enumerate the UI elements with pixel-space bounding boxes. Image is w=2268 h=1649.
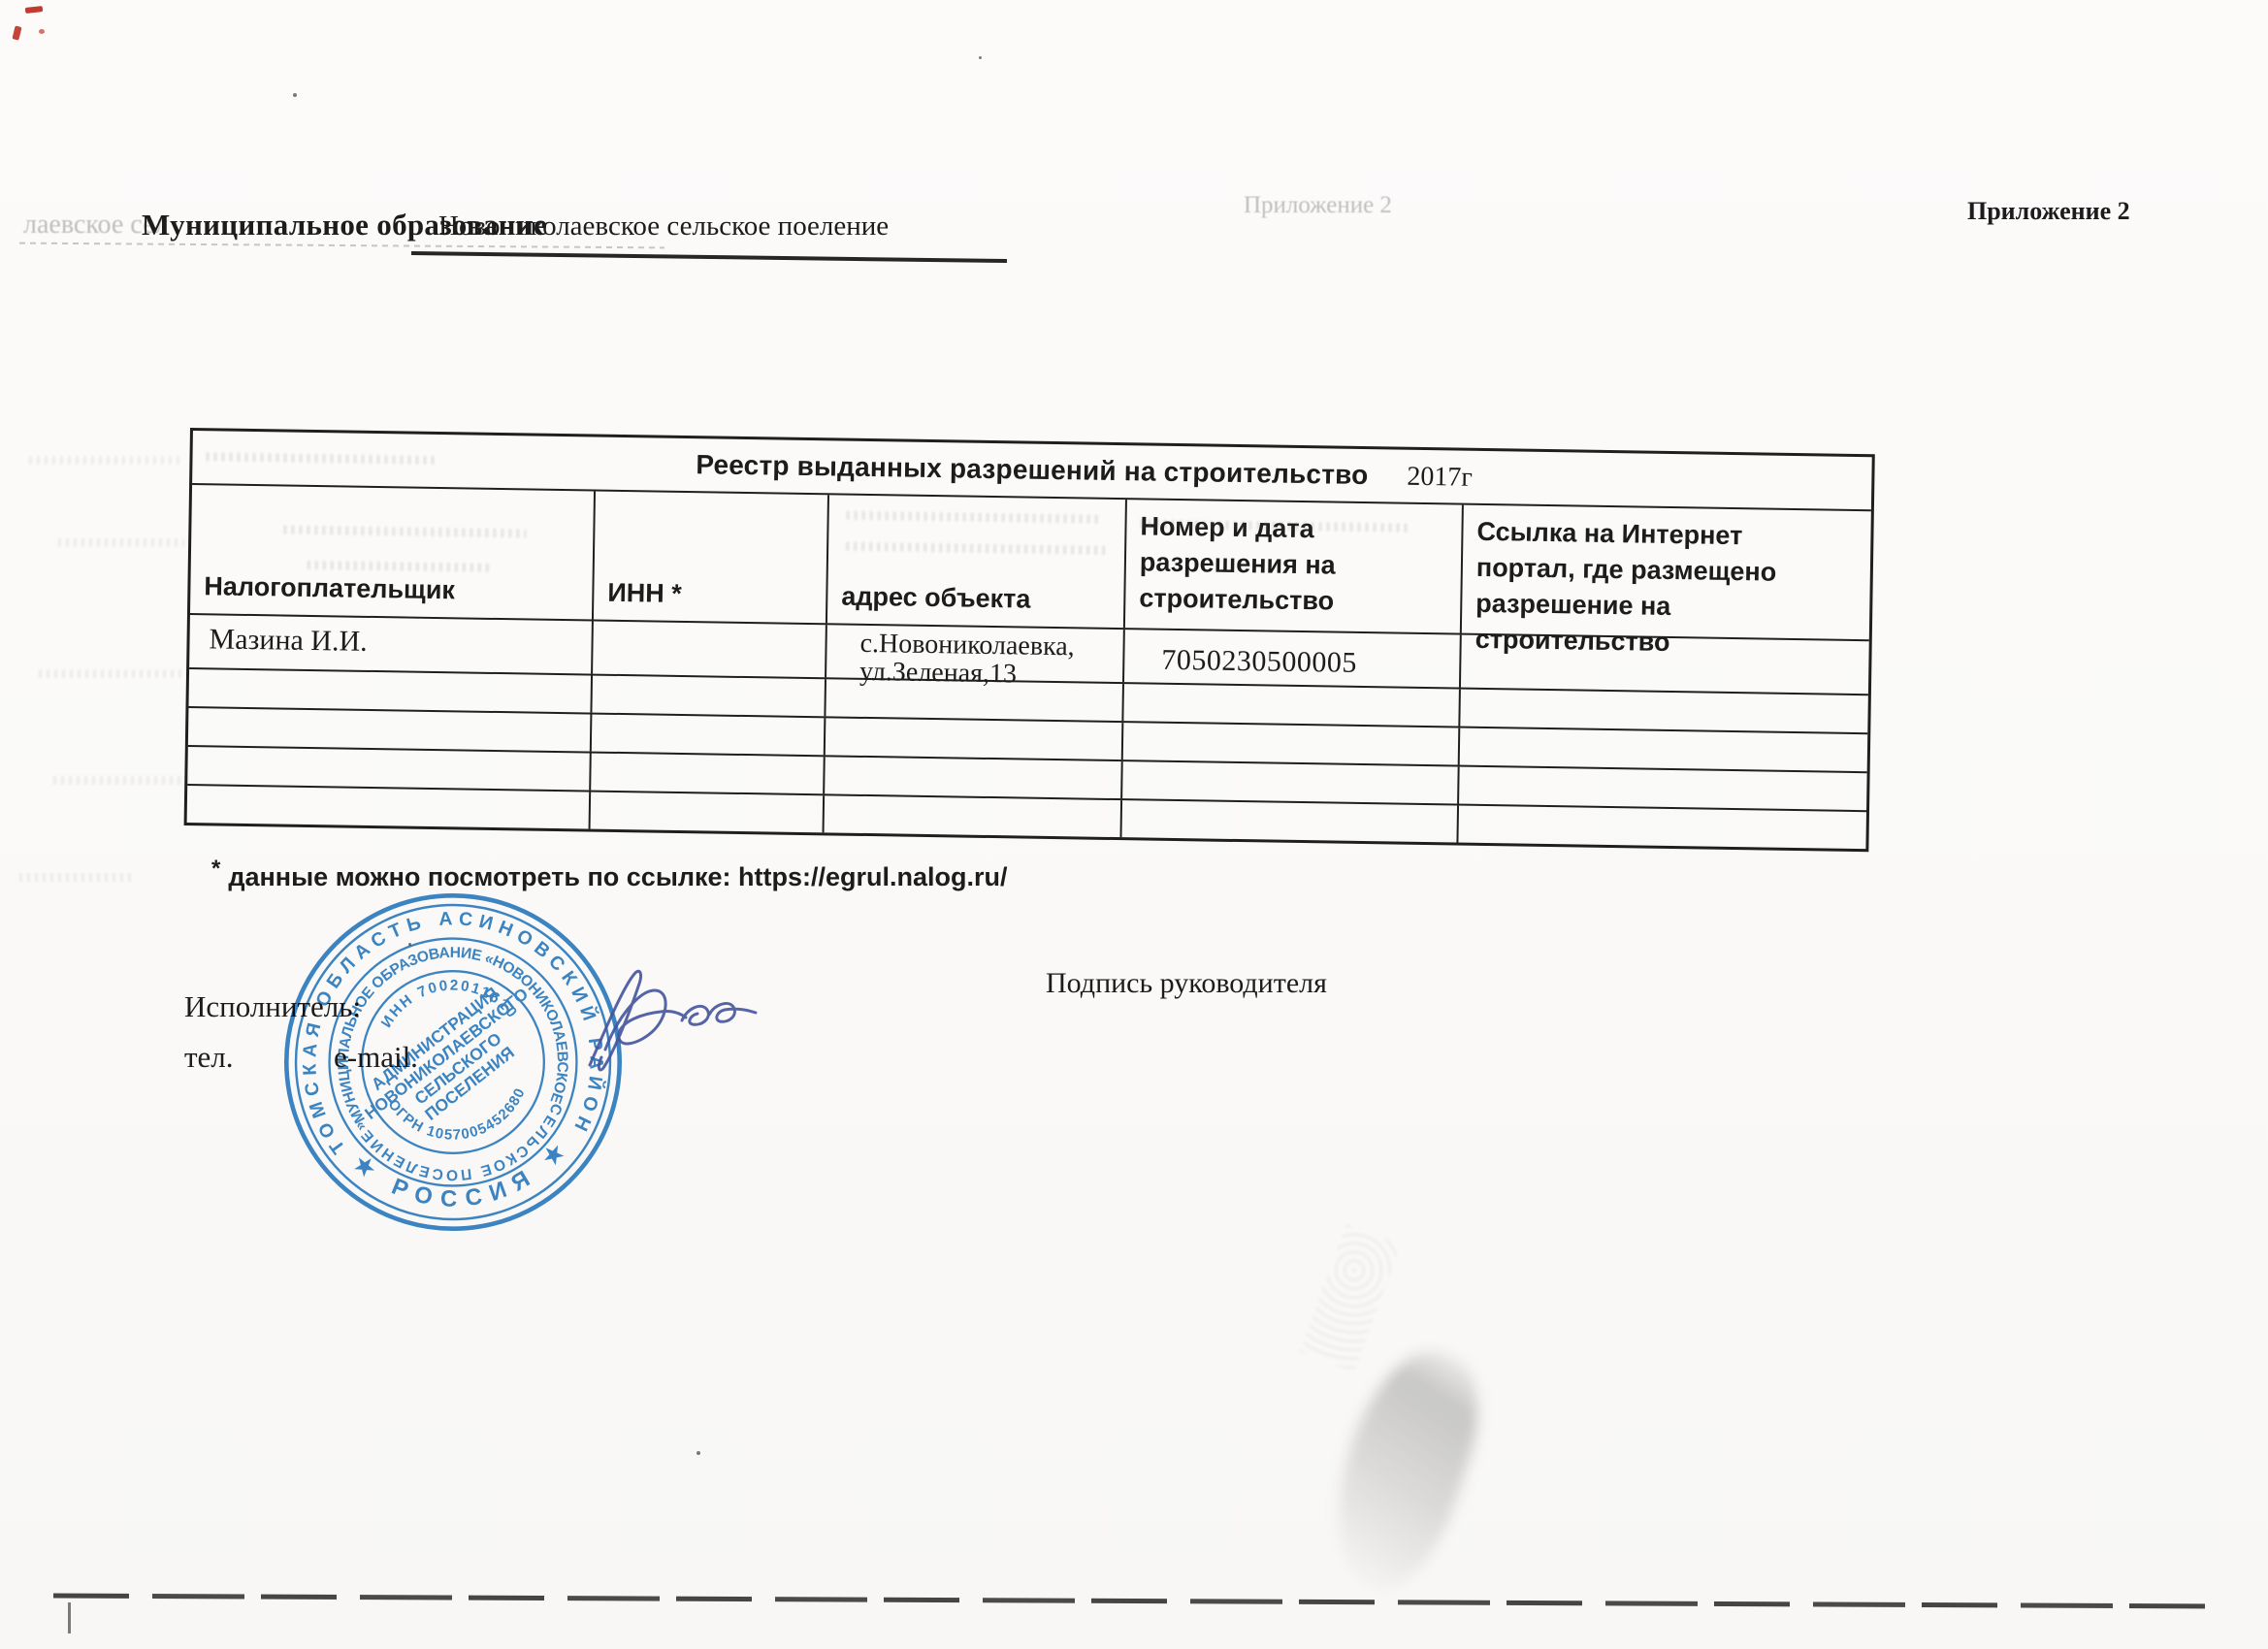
phone-label: тел. [184,1040,234,1075]
ghost-bleedthrough [283,526,526,538]
page-edge-line [53,1594,2224,1609]
table-year: 2017г [1407,462,1473,494]
table-header-row: Налогоплательщик ИНН * адрес объекта Ном… [190,483,1871,639]
red-pen-mark [12,25,21,40]
cell-portal-link [1459,635,1869,695]
stamp-center-text: АДМИНИСТРАЦИЯ НОВОНИКОЛАЕВСКОГО СЕЛЬСКОГ… [349,969,555,1153]
ghost-bleedthrough [308,561,492,572]
appendix-label: Приложение 2 [1967,197,2130,226]
ghost-bleedthrough [58,538,184,547]
scan-speck [979,56,982,59]
scan-speck [697,1451,700,1455]
scan-speck [293,93,297,97]
red-pen-mark [39,29,45,34]
handwritten-signature [561,958,794,1094]
cell-taxpayer: Мазина И.И. [189,615,592,673]
header-cell-taxpayer: Налогоплательщик [190,485,594,619]
ghost-bleedthrough [846,542,1108,555]
cell-address: с.Новониколаевка, ул.Зеленая,13 [825,625,1123,682]
red-pen-mark [25,6,44,14]
ghost-bleedthrough [53,776,189,785]
ghost-underline [19,242,664,249]
head-signature-label: Подпись руководителя [1046,967,1327,1000]
header-cell-permit-number: Номер и дата разрешения на строительство [1123,500,1462,632]
ghost-bleedthrough [39,669,184,678]
municipality-underline [411,251,1007,263]
header-label: адрес объекта [841,582,1031,615]
scanned-document-page: лаевское сел Муниципальное образование Н… [0,0,2268,1649]
footnote-marker: * [211,856,228,882]
footnote-text: данные можно посмотреть по ссылке: https… [228,862,1007,891]
ghost-bleedthrough [19,873,136,882]
header-cell-portal-link: Ссылка на Интернет портал, где размещено… [1460,505,1871,640]
page-edge-tick [68,1602,71,1633]
address-line-2: ул.Зеленая,13 [859,658,1122,690]
cell-inn [591,622,826,678]
scan-smudge [1312,1337,1497,1603]
ghost-bleedthrough [847,511,1099,524]
scan-smudge [1300,1224,1401,1372]
header-cell-address: адрес объекта [826,495,1125,628]
cell-permit-number: 7050230500005 [1122,630,1460,687]
permits-registry-table: Реестр выданных разрешений на строительс… [184,428,1875,852]
header-label: Налогоплательщик [204,571,455,605]
ghost-appendix-label: Приложение 2 [1244,192,1392,219]
header-cell-inn: ИНН * [592,492,827,624]
header-label: ИНН * [607,578,682,609]
ghost-bleedthrough [29,456,184,465]
municipality-value: Новониколаевское сельское поеление [438,210,889,242]
